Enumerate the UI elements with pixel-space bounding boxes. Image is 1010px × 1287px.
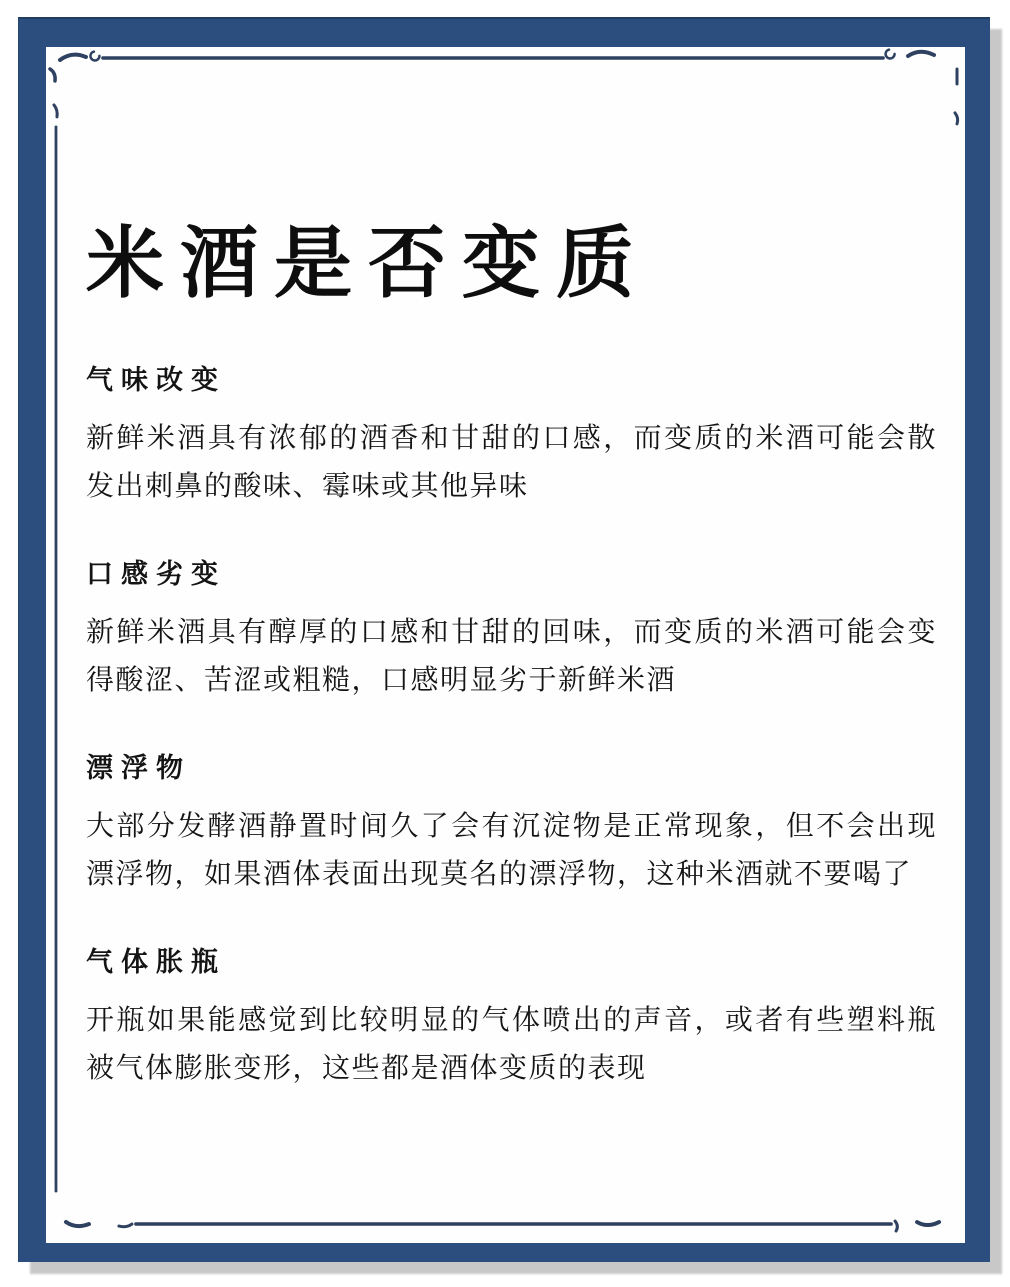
section-floating-matter: 漂浮物 大部分发酵酒静置时间久了会有沉淀物是正常现象，但不会出现漂浮物，如果酒体… [86, 751, 937, 898]
blue-border-frame: 米酒是否变质 气味改变 新鲜米酒具有浓郁的酒香和甘甜的口感，而变质的米酒可能会散… [18, 17, 990, 1262]
page-title: 米酒是否变质 [86, 223, 650, 305]
info-card-page: 米酒是否变质 气味改变 新鲜米酒具有浓郁的酒香和甘甜的口感，而变质的米酒可能会散… [0, 0, 1010, 1287]
section-body: 新鲜米酒具有醇厚的口感和甘甜的回味，而变质的米酒可能会变得酸涩、苦涩或粗糙，口感… [86, 608, 937, 704]
section-body: 新鲜米酒具有浓郁的酒香和甘甜的口感，而变质的米酒可能会散发出刺鼻的酸味、霉味或其… [86, 414, 937, 510]
card-inner-panel: 米酒是否变质 气味改变 新鲜米酒具有浓郁的酒香和甘甜的口感，而变质的米酒可能会散… [46, 47, 965, 1243]
section-taste-deterioration: 口感劣变 新鲜米酒具有醇厚的口感和甘甜的回味，而变质的米酒可能会变得酸涩、苦涩或… [86, 557, 937, 704]
section-heading: 气体胀瓶 [86, 945, 937, 979]
section-body: 大部分发酵酒静置时间久了会有沉淀物是正常现象，但不会出现漂浮物，如果酒体表面出现… [86, 802, 937, 898]
section-heading: 口感劣变 [86, 557, 937, 591]
section-gas-bloating: 气体胀瓶 开瓶如果能感觉到比较明显的气体喷出的声音，或者有些塑料瓶被气体膨胀变形… [86, 945, 937, 1092]
sections-container: 气味改变 新鲜米酒具有浓郁的酒香和甘甜的口感，而变质的米酒可能会散发出刺鼻的酸味… [86, 363, 937, 1139]
section-body: 开瓶如果能感觉到比较明显的气体喷出的声音，或者有些塑料瓶被气体膨胀变形，这些都是… [86, 996, 937, 1092]
section-heading: 漂浮物 [86, 751, 937, 785]
section-smell-change: 气味改变 新鲜米酒具有浓郁的酒香和甘甜的口感，而变质的米酒可能会散发出刺鼻的酸味… [86, 363, 937, 510]
section-heading: 气味改变 [86, 363, 937, 397]
